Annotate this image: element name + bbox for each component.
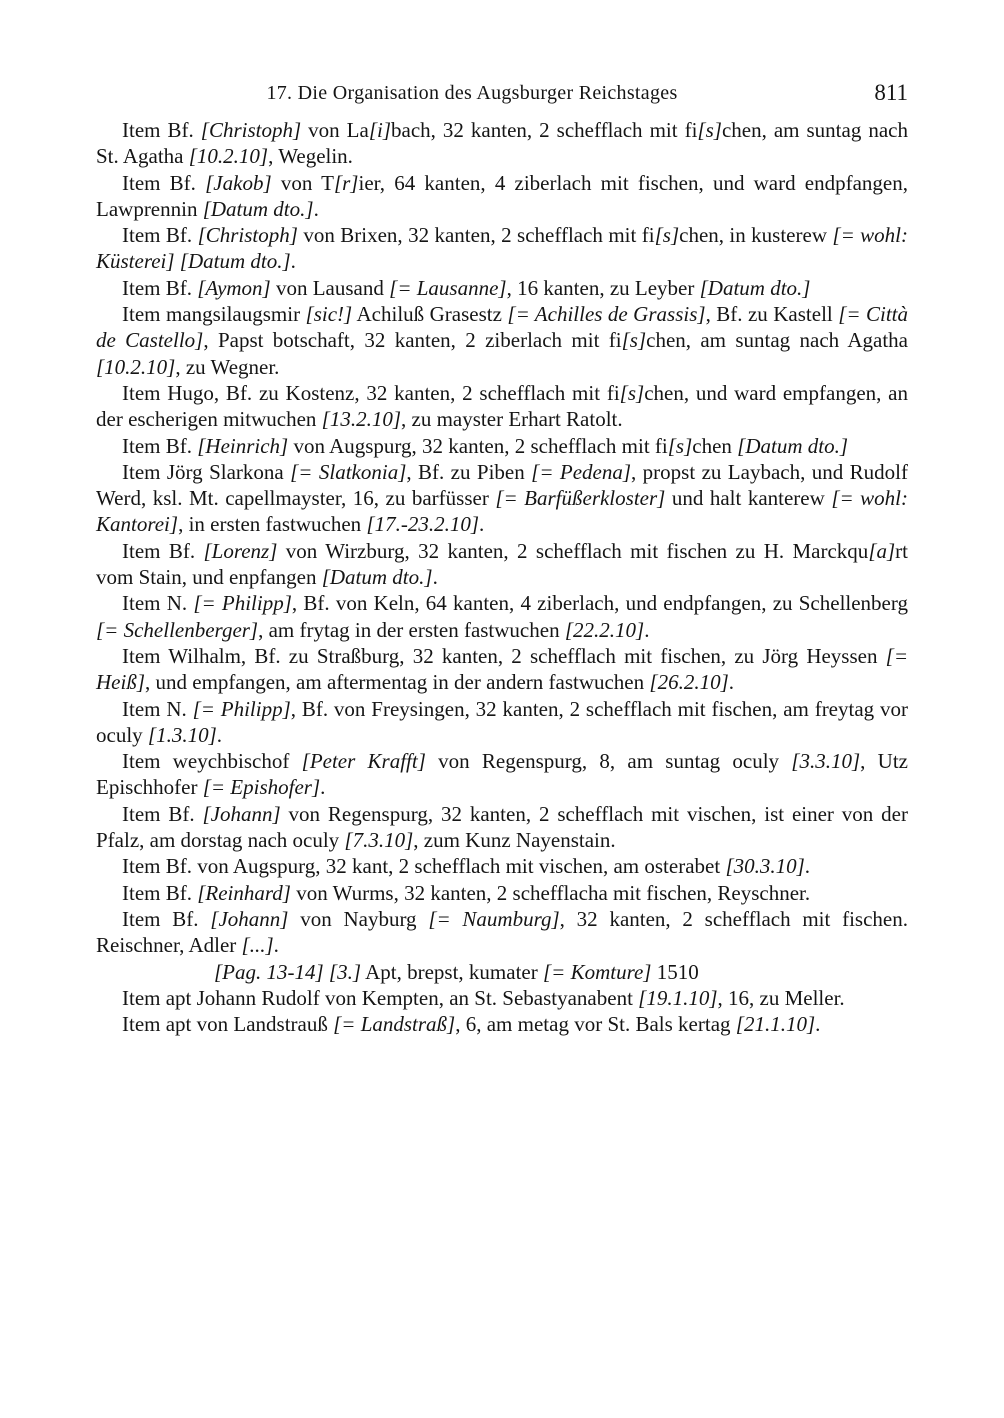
text-run: . [320, 775, 325, 799]
text-run: bach, 32 kanten, 2 schefflach mit fi [391, 118, 697, 142]
editorial-note: [s] [655, 223, 680, 247]
paragraph: Item apt von Landstrauß [= Landstraß], 6… [96, 1011, 908, 1037]
editorial-note: [= Naumburg] [428, 907, 559, 931]
editorial-note: [= Slatkonia] [290, 460, 406, 484]
text-run: . [274, 933, 279, 957]
editorial-note: [Datum dto.] [322, 565, 433, 589]
editorial-note: [19.1.10] [638, 986, 717, 1010]
paragraph: Item Bf. [Reinhard] von Wurms, 32 kanten… [96, 880, 908, 906]
text-run: Item Bf. [122, 171, 205, 195]
editorial-note: [sic!] [306, 302, 353, 326]
text-run: . [729, 670, 734, 694]
text-run: chen, am suntag nach Agatha [646, 328, 908, 352]
text-run: Item Bf. von Augspurg, 32 kant, 2 scheff… [122, 854, 725, 878]
editorial-note: [Reinhard] [197, 881, 291, 905]
paragraph: Item Bf. [Johann] von Nayburg [= Naumbur… [96, 906, 908, 959]
paragraph: Item weychbischof [Peter Krafft] von Reg… [96, 748, 908, 801]
text-run: Item apt von Landstrauß [122, 1012, 333, 1036]
text-run: Item apt Johann Rudolf von Kempten, an S… [122, 986, 638, 1010]
editorial-note: [7.3.10] [344, 828, 413, 852]
text-run: , Bf. zu Piben [406, 460, 531, 484]
editorial-note: [Christoph] [198, 223, 298, 247]
text-run: Item Bf. [122, 881, 197, 905]
editorial-note: [Peter Krafft] [302, 749, 426, 773]
text-run: , zum Kunz Nayenstain. [413, 828, 615, 852]
paragraph: Item Bf. [Aymon] von Lausand [= Lausanne… [96, 275, 908, 301]
text-run: Item Bf. [122, 539, 203, 563]
paragraph: Item Bf. [Johann] von Regenspurg, 32 kan… [96, 801, 908, 854]
editorial-note: [= Komture] [543, 960, 652, 984]
text-run: von T [272, 171, 334, 195]
editorial-note: [i] [369, 118, 391, 142]
editorial-note: [= Pedena] [531, 460, 631, 484]
text-run: Item Wilhalm, Bf. zu Straßburg, 32 kante… [122, 644, 886, 668]
paragraph: Item Bf. [Christoph] von Brixen, 32 kant… [96, 222, 908, 275]
text-run: . [644, 618, 649, 642]
text-run: Item Bf. [122, 907, 210, 931]
editorial-note: [26.2.10] [649, 670, 728, 694]
text-run: . [805, 854, 810, 878]
text-run: Item mangsilaugsmir [122, 302, 306, 326]
editorial-note: [10.2.10] [96, 355, 175, 379]
text-run: , 16 kanten, zu Leyber [507, 276, 700, 300]
text-run: . [217, 723, 222, 747]
editorial-note: [Datum dto.] [700, 276, 811, 300]
text-run: , Bf. zu Kastell [706, 302, 839, 326]
text-run: . [479, 512, 484, 536]
paragraph: Item mangsilaugsmir [sic!] Achiluß Grase… [96, 301, 908, 380]
page-body: Item Bf. [Christoph] von La[i]bach, 32 k… [96, 117, 908, 1037]
text-run: von Nayburg [288, 907, 428, 931]
editorial-note: [Datum dto.] [203, 197, 314, 221]
paragraph: Item apt Johann Rudolf von Kempten, an S… [96, 985, 908, 1011]
text-run: Item Bf. [122, 118, 201, 142]
paragraph: Item Jörg Slarkona [= Slatkonia], Bf. zu… [96, 459, 908, 538]
text-run: , zu mayster Erhart Ratolt. [401, 407, 623, 431]
paragraph: Item Bf. [Jakob] von T[r]ier, 64 kanten,… [96, 170, 908, 223]
paragraph: Item Bf. [Lorenz] von Wirzburg, 32 kante… [96, 538, 908, 591]
text-run: chen [692, 434, 737, 458]
text-run: . [314, 197, 319, 221]
paragraph: Item Bf. von Augspurg, 32 kant, 2 scheff… [96, 853, 908, 879]
text-run: von Augspurg, 32 kanten, 2 schefflach mi… [288, 434, 668, 458]
text-run: . [433, 565, 438, 589]
editorial-note: [a] [868, 539, 895, 563]
editorial-note: [22.2.10] [565, 618, 644, 642]
text-run: Item Bf. [122, 802, 202, 826]
page-number: 811 [874, 80, 908, 106]
editorial-note: [Datum dto.] [737, 434, 848, 458]
chapter-heading: 17. Die Organisation des Augsburger Reic… [96, 82, 848, 105]
editorial-note: [Jakob] [205, 171, 272, 195]
text-run: , 16, zu Meller. [718, 986, 845, 1010]
paragraph: Item N. [= Philipp], Bf. von Freysingen,… [96, 696, 908, 749]
text-run: , Bf. von Keln, 64 kanten, 4 ziberlach, … [292, 591, 908, 615]
text-run: Item Hugo, Bf. zu Kostenz, 32 kanten, 2 … [122, 381, 620, 405]
editorial-note: [= Schellenberger] [96, 618, 258, 642]
editorial-note: [Christoph] [201, 118, 301, 142]
paragraph: Item Bf. [Heinrich] von Augspurg, 32 kan… [96, 433, 908, 459]
text-run: von La [301, 118, 369, 142]
editorial-note: [30.3.10] [725, 854, 804, 878]
editorial-note: [...] [242, 933, 274, 957]
text-run: Item Jörg Slarkona [122, 460, 290, 484]
editorial-note: [= Landstraß] [333, 1012, 455, 1036]
editorial-note: [1.3.10] [148, 723, 217, 747]
text-run: Achiluß Grasestz [352, 302, 507, 326]
editorial-note: [13.2.10] [322, 407, 401, 431]
editorial-note: [10.2.10] [189, 144, 268, 168]
editorial-note: [= Lausanne] [389, 276, 506, 300]
text-run: Item Bf. [122, 434, 197, 458]
editorial-note: [= Achilles de Grassis] [507, 302, 705, 326]
text-run: von Brixen, 32 kanten, 2 schefflach mit … [298, 223, 655, 247]
text-run: , 6, am metag vor St. Bals kertag [455, 1012, 736, 1036]
editorial-note: [Aymon] [197, 276, 271, 300]
editorial-note: [= Philipp] [193, 697, 291, 721]
editorial-note: [Johann] [202, 802, 280, 826]
paragraph: Item N. [= Philipp], Bf. von Keln, 64 ka… [96, 590, 908, 643]
editorial-note: [= Epishofer] [203, 775, 320, 799]
text-run: und halt kanterew [665, 486, 831, 510]
text-run: chen, in kusterew [679, 223, 832, 247]
text-run: Item N. [122, 591, 193, 615]
text-run: , Wegelin. [268, 144, 353, 168]
editorial-note: [Heinrich] [197, 434, 288, 458]
editorial-note: [Pag. 13-14] [3.] [214, 960, 361, 984]
text-run: Item N. [122, 697, 193, 721]
paragraph: Item Wilhalm, Bf. zu Straßburg, 32 kante… [96, 643, 908, 696]
text-run: von Wirzburg, 32 kanten, 2 schefflach mi… [277, 539, 868, 563]
text-run: , und empfangen, am aftermentag in der a… [145, 670, 649, 694]
editorial-note: [21.1.10] [736, 1012, 815, 1036]
running-head: 17. Die Organisation des Augsburger Reic… [96, 82, 908, 110]
editorial-note: [s] [622, 328, 647, 352]
text-run: Item weychbischof [122, 749, 302, 773]
text-run: , Papst botschaft, 32 kanten, 2 ziberlac… [203, 328, 621, 352]
editorial-note: [s] [697, 118, 722, 142]
paragraph: Item Hugo, Bf. zu Kostenz, 32 kanten, 2 … [96, 380, 908, 433]
editorial-note: [s] [668, 434, 693, 458]
paragraph: [Pag. 13-14] [3.] Apt, brepst, kumater [… [214, 959, 908, 985]
text-run: . [291, 249, 296, 273]
text-run: , in ersten fastwuchen [178, 512, 366, 536]
editorial-note: [= Philipp] [193, 591, 292, 615]
editorial-note: [= Barfüßerkloster] [495, 486, 665, 510]
text-run: Item Bf. [122, 276, 197, 300]
text-run: Apt, brepst, kumater [361, 960, 543, 984]
editorial-note: [s] [620, 381, 645, 405]
text-run: von Regenspurg, 8, am suntag oculy [426, 749, 791, 773]
text-run: von Wurms, 32 kanten, 2 schefflacha mit … [291, 881, 810, 905]
editorial-note: [r] [334, 171, 359, 195]
text-run: 1510 [651, 960, 698, 984]
text-run: von Lausand [271, 276, 389, 300]
text-run: Item Bf. [122, 223, 198, 247]
text-run: . [815, 1012, 820, 1036]
editorial-note: [Lorenz] [203, 539, 277, 563]
editorial-note: [3.3.10] [791, 749, 860, 773]
editorial-note: [Johann] [210, 907, 288, 931]
text-run: , zu Wegner. [175, 355, 279, 379]
book-page: 17. Die Organisation des Augsburger Reic… [0, 0, 1004, 1418]
paragraph: Item Bf. [Christoph] von La[i]bach, 32 k… [96, 117, 908, 170]
editorial-note: [17.-23.2.10] [366, 512, 479, 536]
text-run: , am frytag in der ersten fastwuchen [258, 618, 565, 642]
